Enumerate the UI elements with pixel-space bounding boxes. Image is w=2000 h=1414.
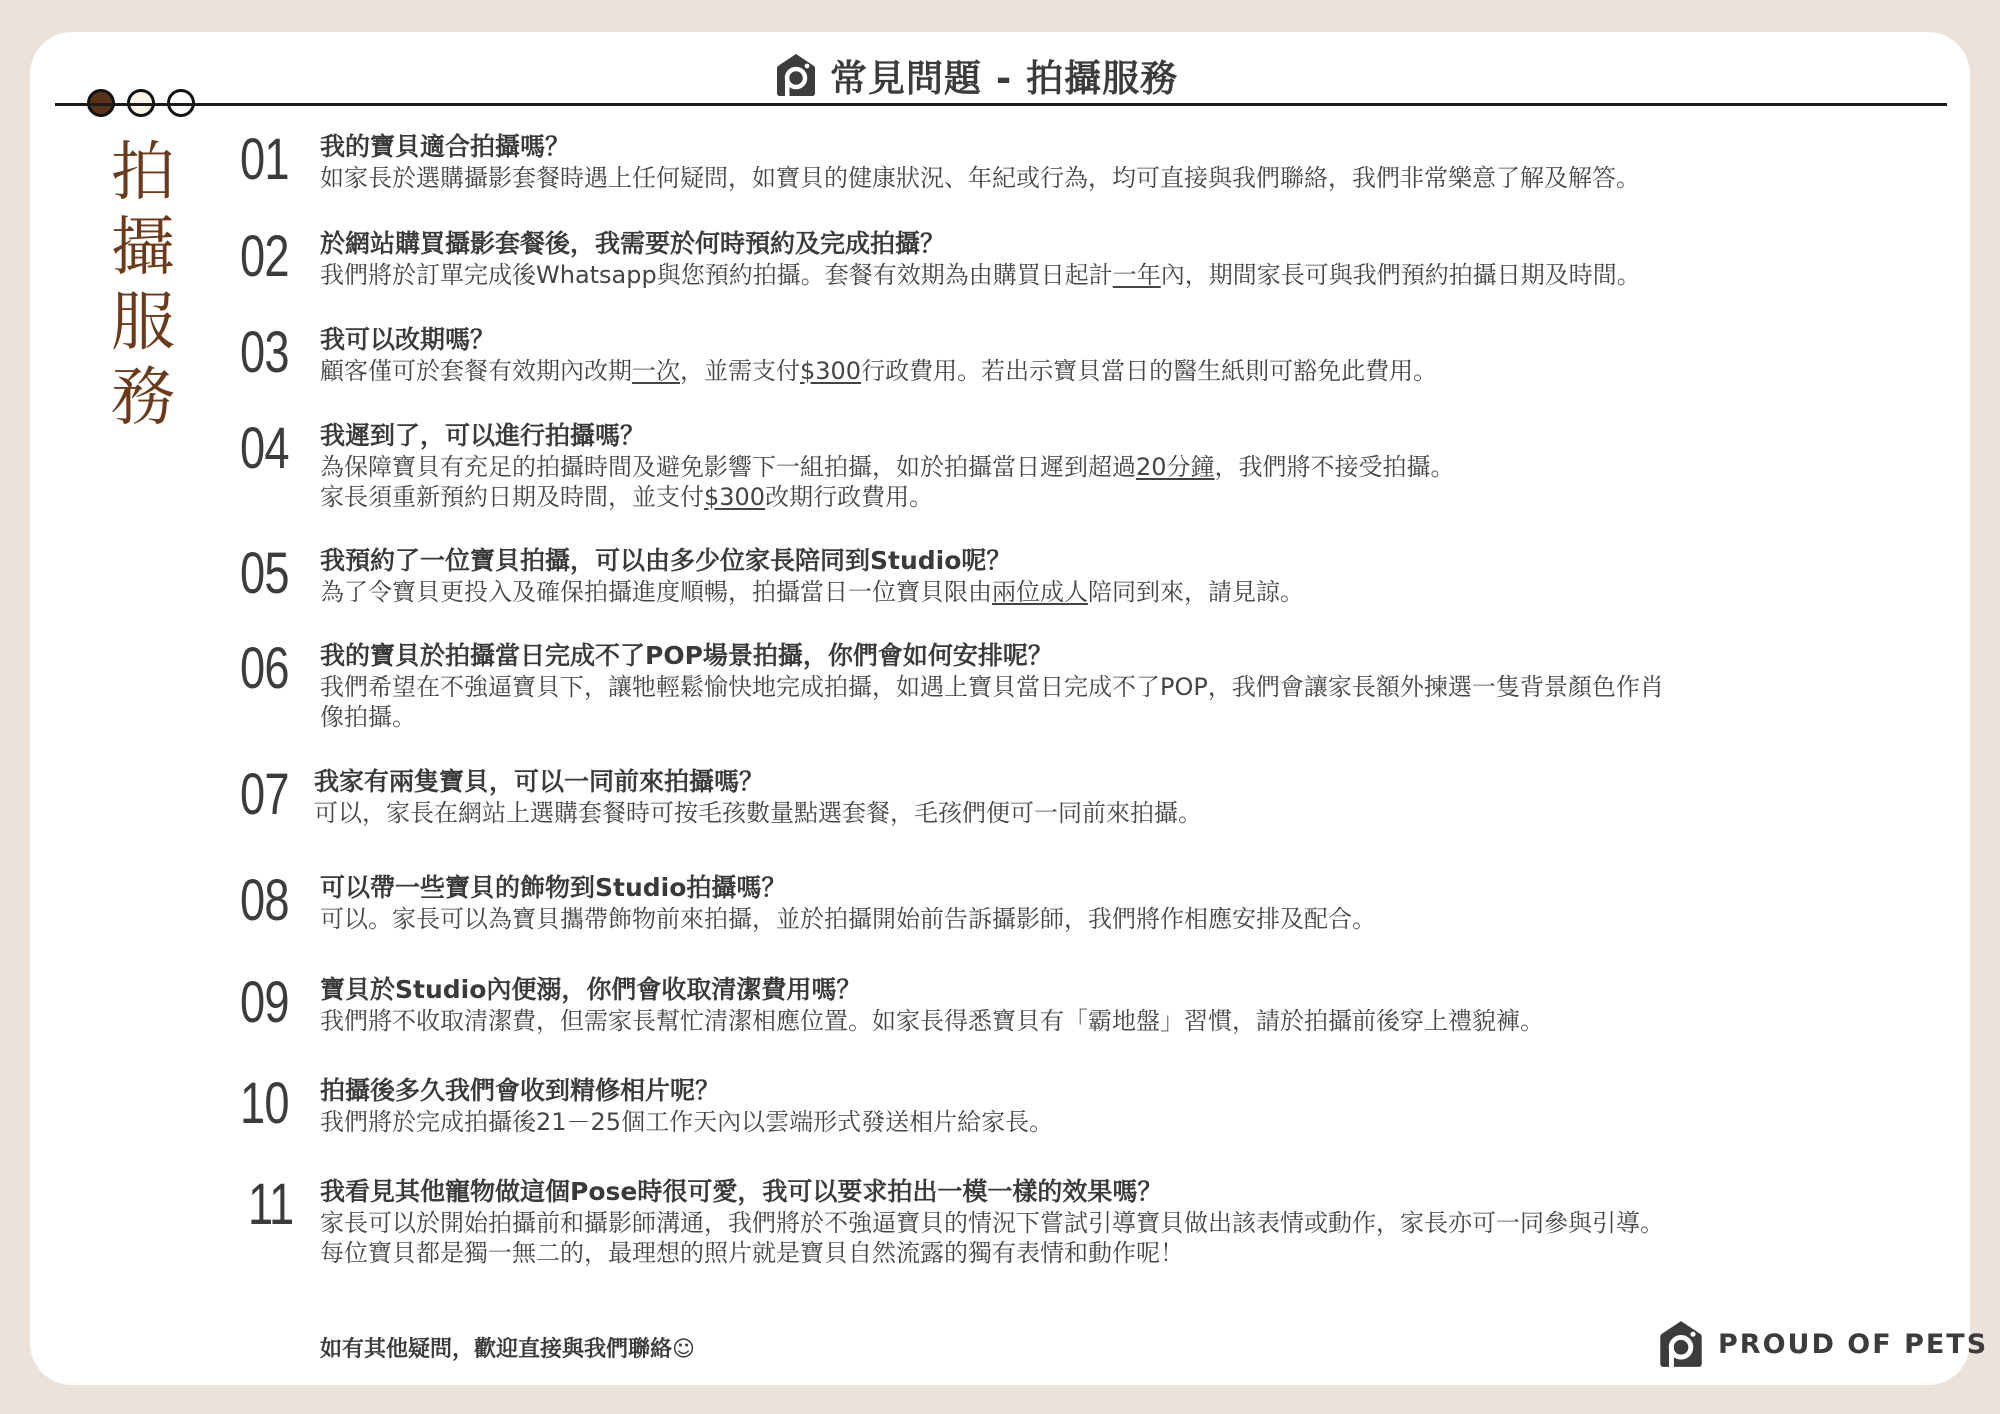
faq-number: 02 — [240, 228, 289, 286]
brand-logo: PROUD OF PETS — [1658, 1320, 1988, 1368]
faq-answer-line: 家長須重新預約日期及時間，並支付$300改期行政費用。 — [320, 482, 1860, 512]
faq-answer: 為了令寶貝更投入及確保拍攝進度順暢，拍攝當日一位寶貝限由兩位成人陪同到來，請見諒… — [320, 577, 1860, 607]
faq-number: 10 — [240, 1075, 289, 1133]
brand-name: PROUD OF PETS — [1718, 1329, 1988, 1360]
answer-text: 家長須重新預約日期及時間，並支付 — [320, 483, 704, 511]
faq-answer-line: 每位寶貝都是獨一無二的，最理想的照片就是寶貝自然流露的獨有表情和動作呢！ — [320, 1238, 1860, 1268]
answer-text: 可以，家長在網站上選購套餐時可按毛孩數量點選套餐，毛孩們便可一同前來拍攝。 — [314, 799, 1202, 827]
answer-text: ，並需支付 — [680, 357, 800, 385]
faq-answer-line: 為保障寶貝有充足的拍攝時間及避免影響下一組拍攝，如於拍攝當日遲到超過20分鐘，我… — [320, 452, 1860, 482]
faq-number: 11 — [248, 1176, 293, 1234]
faq-number: 05 — [240, 545, 289, 603]
emphasis-text: $300 — [800, 357, 861, 385]
faq-answer-line: 我們將於訂單完成後Whatsapp與您預約拍攝。套餐有效期為由購買日起計一年內，… — [320, 260, 1860, 290]
side-label-char: 拍 — [108, 136, 178, 211]
faq-answer: 我們希望在不強逼寶貝下，讓牠輕鬆愉快地完成拍攝，如遇上寶貝當日完成不了POP，我… — [320, 672, 1860, 732]
side-label-char: 務 — [108, 361, 178, 436]
faq-question: 我的寶貝於拍攝當日完成不了POP場景拍攝，你們會如何安排呢？ — [320, 640, 1860, 672]
house-camera-logo-icon — [1658, 1320, 1704, 1368]
answer-text: 我們將於完成拍攝後21－25個工作天內以雲端形式發送相片給家長。 — [320, 1108, 1053, 1136]
faq-answer: 可以。家長可以為寶貝攜帶飾物前來拍攝，並於拍攝開始前告訴攝影師，我們將作相應安排… — [320, 904, 1860, 934]
answer-text: 可以。家長可以為寶貝攜帶飾物前來拍攝，並於拍攝開始前告訴攝影師，我們將作相應安排… — [320, 905, 1376, 933]
page-title-text: 常見問題 - 拍攝服務 — [830, 48, 1178, 102]
page-title: 常見問題 - 拍攝服務 — [776, 48, 1178, 102]
answer-text: ，我們將不接受拍攝。 — [1215, 453, 1455, 481]
faq-question: 我可以改期嗎？ — [320, 324, 1860, 356]
answer-text: 我們將於訂單完成後Whatsapp與您預約拍攝。套餐有效期為由購買日起計 — [320, 261, 1113, 289]
answer-text: 為保障寶貝有充足的拍攝時間及避免影響下一組拍攝，如於拍攝當日遲到超過 — [320, 453, 1136, 481]
faq-question: 我遲到了，可以進行拍攝嗎？ — [320, 420, 1860, 452]
faq-number: 03 — [240, 324, 289, 382]
faq-answer-line: 家長可以於開始拍攝前和攝影師溝通，我們將於不強逼寶貝的情況下嘗試引導寶貝做出該表… — [320, 1208, 1860, 1238]
answer-text: 內，期間家長可與我們預約拍攝日期及時間。 — [1161, 261, 1641, 289]
answer-text: 我們希望在不強逼寶貝下，讓牠輕鬆愉快地完成拍攝，如遇上寶貝當日完成不了POP，我… — [320, 673, 1664, 701]
faq-answer: 如家長於選購攝影套餐時遇上任何疑問，如寶貝的健康狀況、年紀或行為，均可直接與我們… — [320, 163, 1860, 193]
emphasis-text: 一次 — [632, 357, 680, 385]
faq-answer-line: 為了令寶貝更投入及確保拍攝進度順暢，拍攝當日一位寶貝限由兩位成人陪同到來，請見諒… — [320, 577, 1860, 607]
faq-number: 06 — [240, 640, 289, 698]
answer-text: 如家長於選購攝影套餐時遇上任何疑問，如寶貝的健康狀況、年紀或行為，均可直接與我們… — [320, 164, 1640, 192]
faq-answer-line: 我們將於完成拍攝後21－25個工作天內以雲端形式發送相片給家長。 — [320, 1107, 1860, 1137]
faq-question: 拍攝後多久我們會收到精修相片呢？ — [320, 1075, 1860, 1107]
faq-answer: 家長可以於開始拍攝前和攝影師溝通，我們將於不強逼寶貝的情況下嘗試引導寶貝做出該表… — [320, 1208, 1860, 1268]
answer-text: 家長可以於開始拍攝前和攝影師溝通，我們將於不強逼寶貝的情況下嘗試引導寶貝做出該表… — [320, 1209, 1664, 1237]
faq-number: 07 — [240, 766, 289, 824]
house-camera-logo-icon — [776, 53, 816, 97]
emphasis-text: 一年 — [1113, 261, 1161, 289]
answer-text: 像拍攝。 — [320, 703, 416, 731]
faq-question: 我的寶貝適合拍攝嗎？ — [320, 131, 1860, 163]
emphasis-text: $300 — [704, 483, 765, 511]
answer-text: 顧客僅可於套餐有效期內改期 — [320, 357, 632, 385]
faq-question: 可以帶一些寶貝的飾物到Studio拍攝嗎？ — [320, 872, 1860, 904]
side-section-label: 拍 攝 服 務 — [108, 136, 178, 436]
faq-answer-line: 像拍攝。 — [320, 702, 1860, 732]
faq-answer-line: 顧客僅可於套餐有效期內改期一次，並需支付$300行政費用。若出示寶貝當日的醫生紙… — [320, 356, 1860, 386]
faq-answer: 我們將於完成拍攝後21－25個工作天內以雲端形式發送相片給家長。 — [320, 1107, 1860, 1137]
contact-note: 如有其他疑問，歡迎直接與我們聯絡☺ — [320, 1332, 695, 1363]
faq-question: 於網站購買攝影套餐後，我需要於何時預約及完成拍攝？ — [320, 228, 1860, 260]
faq-number: 04 — [240, 420, 289, 478]
emphasis-text: 兩位成人 — [992, 578, 1088, 606]
header-divider — [55, 103, 1947, 106]
faq-answer-line: 我們希望在不強逼寶貝下，讓牠輕鬆愉快地完成拍攝，如遇上寶貝當日完成不了POP，我… — [320, 672, 1860, 702]
faq-answer: 我們將不收取清潔費，但需家長幫忙清潔相應位置。如家長得悉寶貝有「霸地盤」習慣，請… — [320, 1006, 1860, 1036]
answer-text: 我們將不收取清潔費，但需家長幫忙清潔相應位置。如家長得悉寶貝有「霸地盤」習慣，請… — [320, 1007, 1544, 1035]
faq-question: 我家有兩隻寶貝，可以一同前來拍攝嗎？ — [314, 766, 1854, 798]
faq-question: 寶貝於Studio內便溺，你們會收取清潔費用嗎？ — [320, 974, 1860, 1006]
answer-text: 每位寶貝都是獨一無二的，最理想的照片就是寶貝自然流露的獨有表情和動作呢！ — [320, 1239, 1184, 1267]
faq-question: 我看見其他寵物做這個Pose時很可愛，我可以要求拍出一模一樣的效果嗎？ — [320, 1176, 1860, 1208]
faq-number: 08 — [240, 872, 289, 930]
answer-text: 為了令寶貝更投入及確保拍攝進度順暢，拍攝當日一位寶貝限由 — [320, 578, 992, 606]
side-label-char: 服 — [108, 286, 178, 361]
faq-answer: 可以，家長在網站上選購套餐時可按毛孩數量點選套餐，毛孩們便可一同前來拍攝。 — [314, 798, 1854, 828]
side-label-char: 攝 — [108, 211, 178, 286]
faq-answer-line: 如家長於選購攝影套餐時遇上任何疑問，如寶貝的健康狀況、年紀或行為，均可直接與我們… — [320, 163, 1860, 193]
faq-number: 01 — [240, 131, 289, 189]
faq-answer: 我們將於訂單完成後Whatsapp與您預約拍攝。套餐有效期為由購買日起計一年內，… — [320, 260, 1860, 290]
faq-question: 我預約了一位寶貝拍攝，可以由多少位家長陪同到Studio呢？ — [320, 545, 1860, 577]
answer-text: 改期行政費用。 — [765, 483, 933, 511]
faq-answer: 顧客僅可於套餐有效期內改期一次，並需支付$300行政費用。若出示寶貝當日的醫生紙… — [320, 356, 1860, 386]
answer-text: 陪同到來，請見諒。 — [1088, 578, 1304, 606]
faq-answer: 為保障寶貝有充足的拍攝時間及避免影響下一組拍攝，如於拍攝當日遲到超過20分鐘，我… — [320, 452, 1860, 512]
emphasis-text: 20分鐘 — [1136, 453, 1215, 481]
faq-answer-line: 我們將不收取清潔費，但需家長幫忙清潔相應位置。如家長得悉寶貝有「霸地盤」習慣，請… — [320, 1006, 1860, 1036]
faq-answer-line: 可以，家長在網站上選購套餐時可按毛孩數量點選套餐，毛孩們便可一同前來拍攝。 — [314, 798, 1854, 828]
answer-text: 行政費用。若出示寶貝當日的醫生紙則可豁免此費用。 — [861, 357, 1437, 385]
faq-number: 09 — [240, 974, 289, 1032]
faq-answer-line: 可以。家長可以為寶貝攜帶飾物前來拍攝，並於拍攝開始前告訴攝影師，我們將作相應安排… — [320, 904, 1860, 934]
